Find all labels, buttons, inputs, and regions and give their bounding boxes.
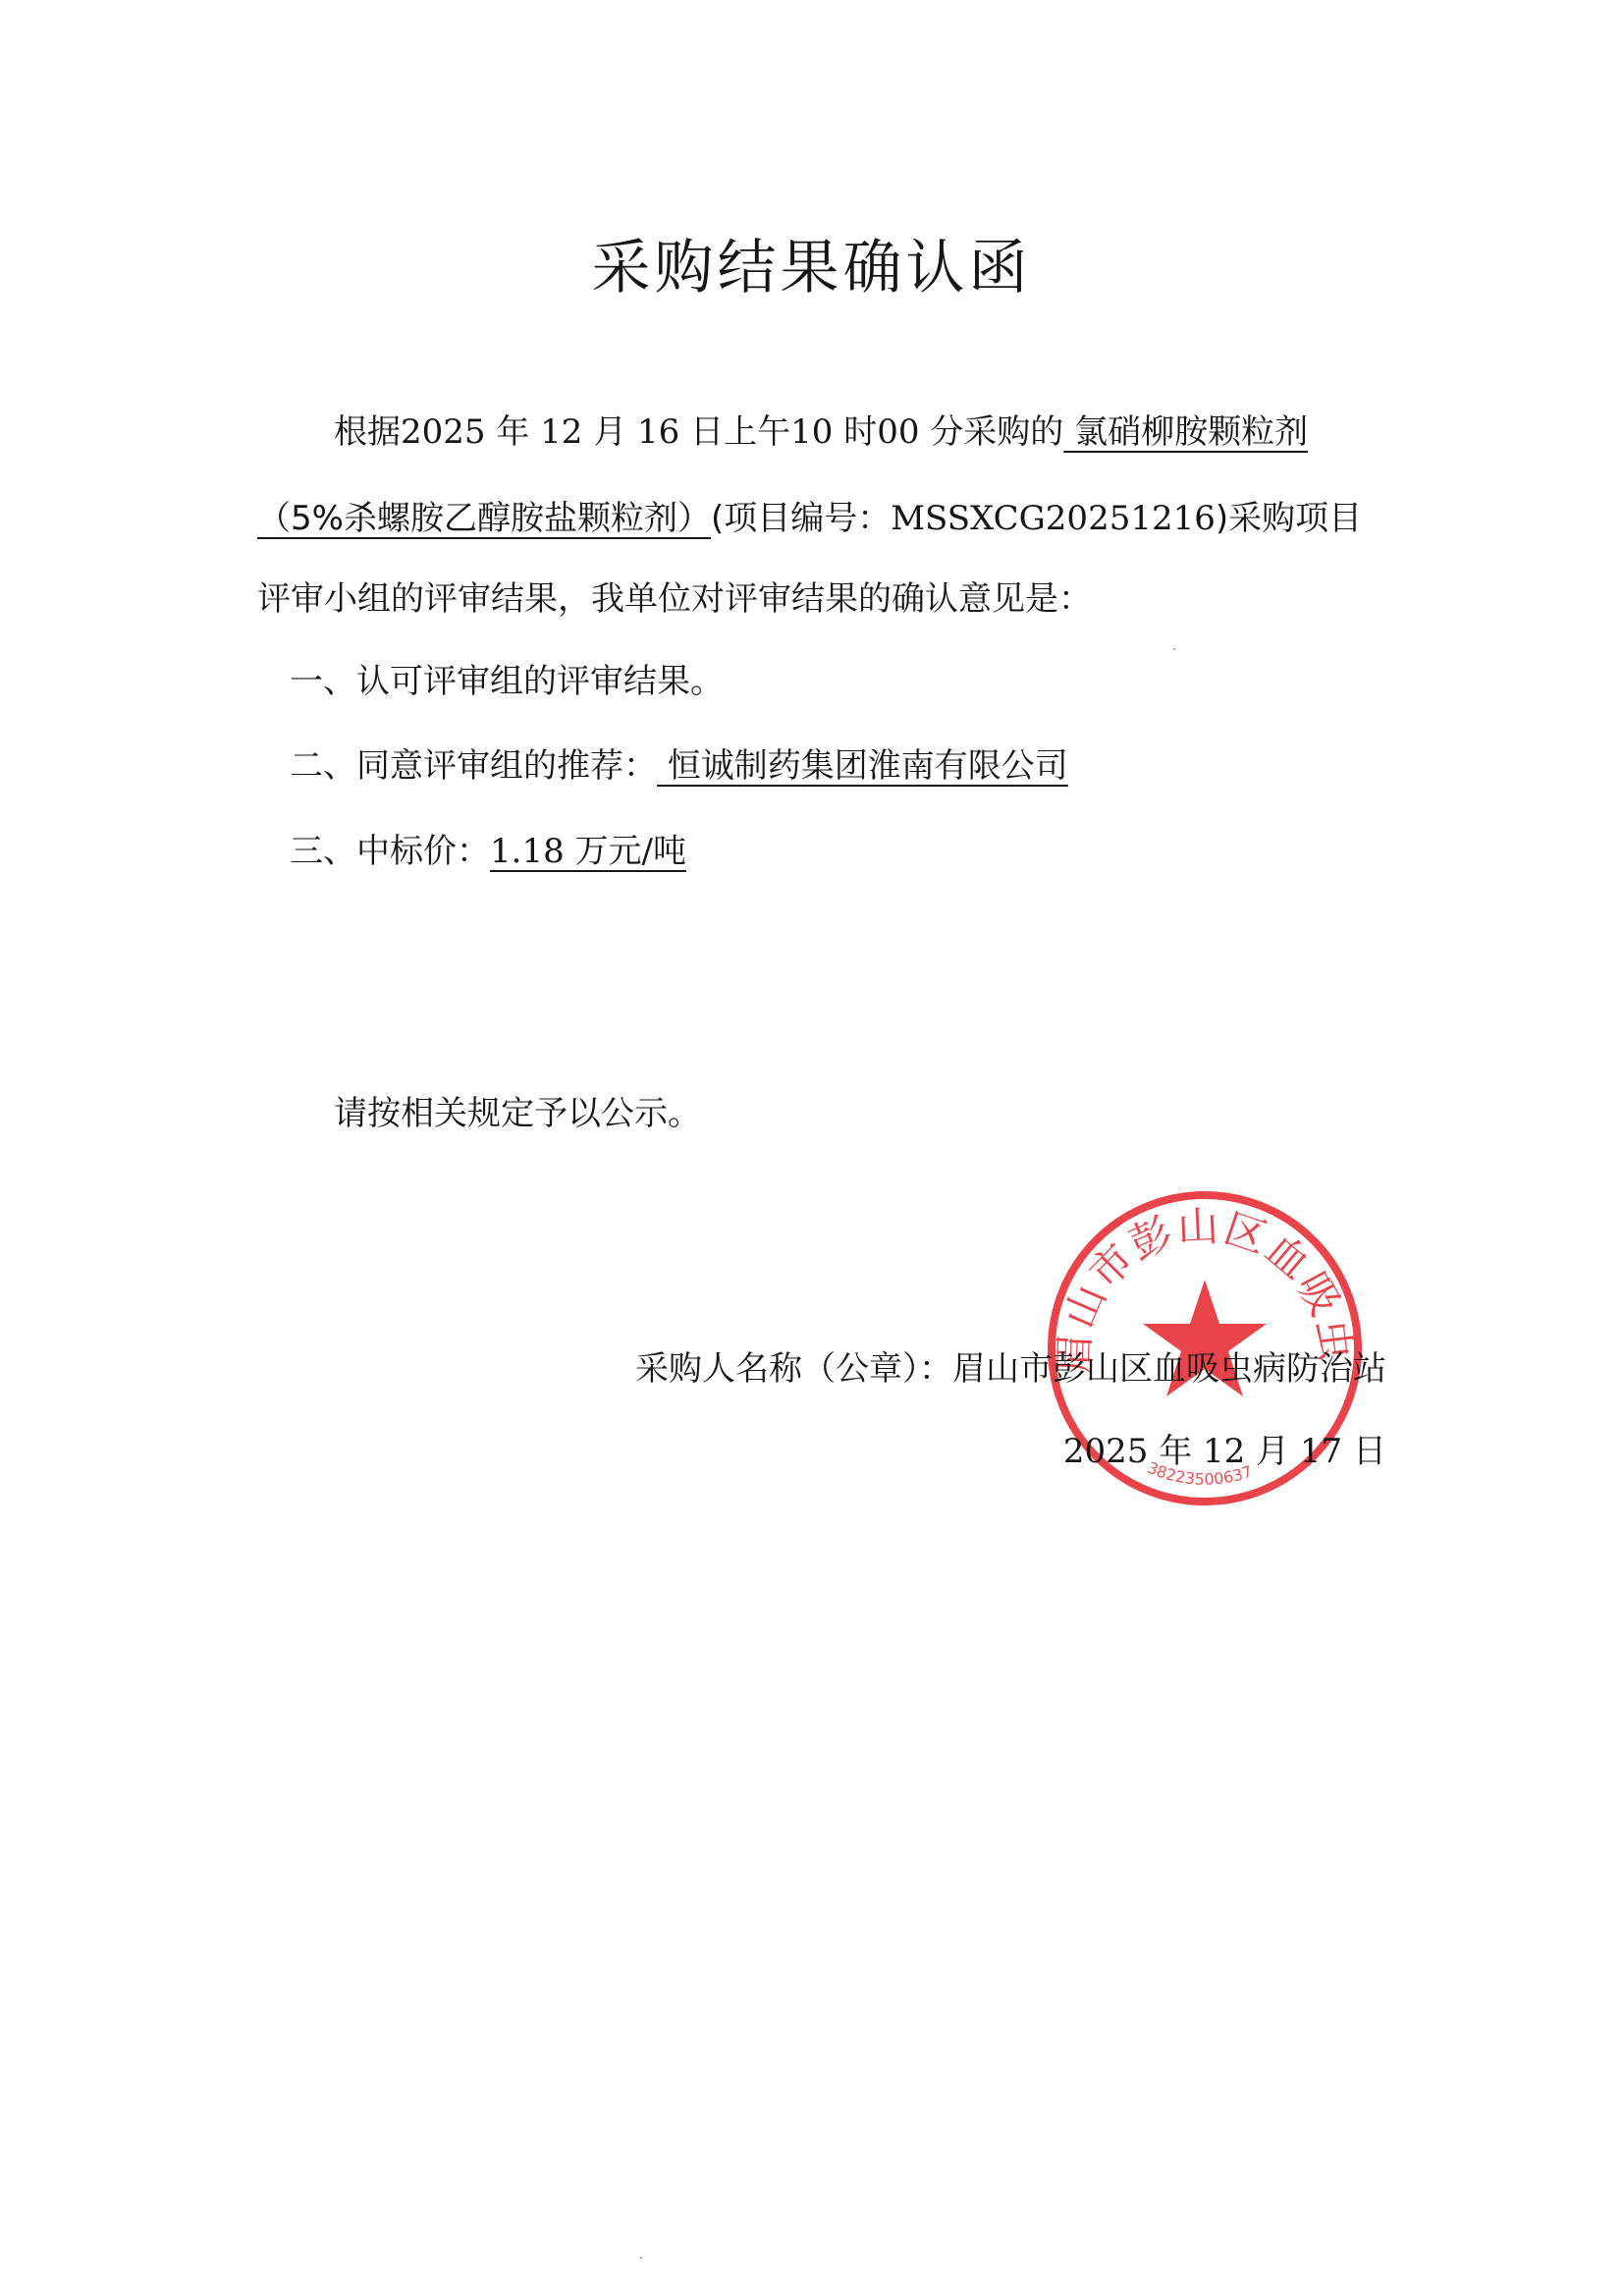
document-page: 采购结果确认函 根据2025 年 12 月 16 日上午10 时00 分采购的 … — [0, 0, 1623, 2296]
date-day: 17 — [1300, 1432, 1342, 1471]
hour-unit: 时 — [843, 412, 877, 452]
recommended-supplier: 恒诚制药集团淮南有限公司 — [657, 746, 1068, 786]
procurement-minute: 00 — [877, 412, 919, 452]
item-3-label: 三、中标价： — [290, 832, 490, 871]
procurement-day: 16 — [637, 412, 679, 452]
product-name-part1: 氯硝柳胺颗粒剂 — [1063, 412, 1308, 452]
confirmation-date: 2025 年 12 月 17 日 — [1063, 1430, 1386, 1473]
scan-speck — [1173, 648, 1175, 650]
item-2-label: 二、同意评审组的推荐： — [290, 746, 657, 786]
purchaser-label: 采购人名称（公章）： — [635, 1349, 952, 1389]
scan-speck — [640, 2257, 642, 2259]
paragraph-prefix: 根据 — [334, 412, 401, 452]
project-number-close: )采购项目 — [1216, 499, 1362, 538]
paragraph-line-2: （5%杀螺胺乙醇胺盐颗粒剂）(项目编号：MSSXCG20251216)采购项目 — [257, 497, 1362, 540]
closing-statement: 请按相关规定予以公示。 — [334, 1092, 701, 1135]
document-title: 采购结果确认函 — [0, 221, 1623, 305]
year-unit: 年 — [496, 412, 529, 452]
paragraph-line-1: 根据2025 年 12 月 16 日上午10 时00 分采购的 氯硝柳胺颗粒剂 — [334, 410, 1308, 454]
purchaser-name: 眉山市彭山区血吸虫病防治站 — [952, 1349, 1386, 1389]
item-1-label: 一、认可评审组的评审结果。 — [290, 662, 724, 701]
date-year: 2025 — [1063, 1432, 1149, 1471]
date-day-unit: 日 — [1353, 1432, 1386, 1471]
paragraph-line-3: 评审小组的评审结果，我单位对评审结果的确认意见是： — [257, 577, 1092, 621]
line1-suffix: 分采购的 — [930, 412, 1063, 452]
item-1: 一、认可评审组的评审结果。 — [290, 660, 724, 703]
item-2: 二、同意评审组的推荐： 恒诚制药集团淮南有限公司 — [290, 744, 1068, 788]
date-month: 12 — [1203, 1432, 1245, 1471]
day-unit: 日上午 — [690, 412, 790, 452]
purchaser-signature: 采购人名称（公章）：眉山市彭山区血吸虫病防治站 — [635, 1347, 1386, 1391]
date-month-unit: 月 — [1256, 1432, 1289, 1471]
winning-bid-price: 1.18 万元/吨 — [490, 832, 686, 871]
item-3: 三、中标价：1.18 万元/吨 — [290, 830, 686, 873]
project-number: MSSXCG20251216 — [891, 499, 1216, 538]
procurement-year: 2025 — [401, 412, 486, 452]
project-number-label: (项目编号： — [711, 499, 891, 538]
procurement-month: 12 — [540, 412, 582, 452]
product-name-part2: （5%杀螺胺乙醇胺盐颗粒剂） — [257, 499, 711, 538]
month-unit: 月 — [593, 412, 626, 452]
date-year-unit: 年 — [1159, 1432, 1192, 1471]
procurement-hour: 10 — [790, 412, 833, 452]
